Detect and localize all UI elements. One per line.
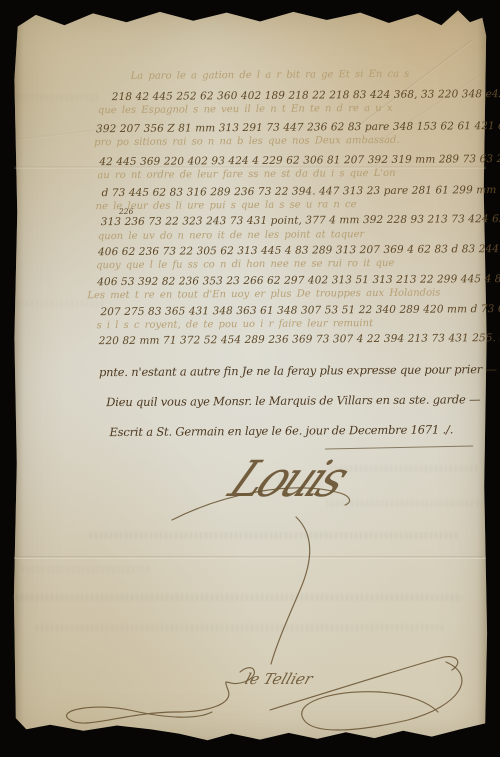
right-flourish-loop	[302, 662, 462, 730]
countersignature-text: le Tellier	[243, 670, 317, 688]
closing-line: Escrit a St. Germain en laye le 6e. jour…	[109, 422, 453, 439]
louis-signature: Louis	[218, 451, 359, 509]
photo-backdrop: La paro le a gation de l a r bit ra ge E…	[0, 0, 500, 757]
left-flourish	[67, 668, 255, 723]
closing-line: pnte. n'estant a autre fin Je ne la fera…	[99, 362, 497, 379]
countersignature-block: le Tellier	[8, 632, 492, 754]
closing-line: Dieu quil vous aye Monsr. le Marquis de …	[106, 392, 480, 409]
